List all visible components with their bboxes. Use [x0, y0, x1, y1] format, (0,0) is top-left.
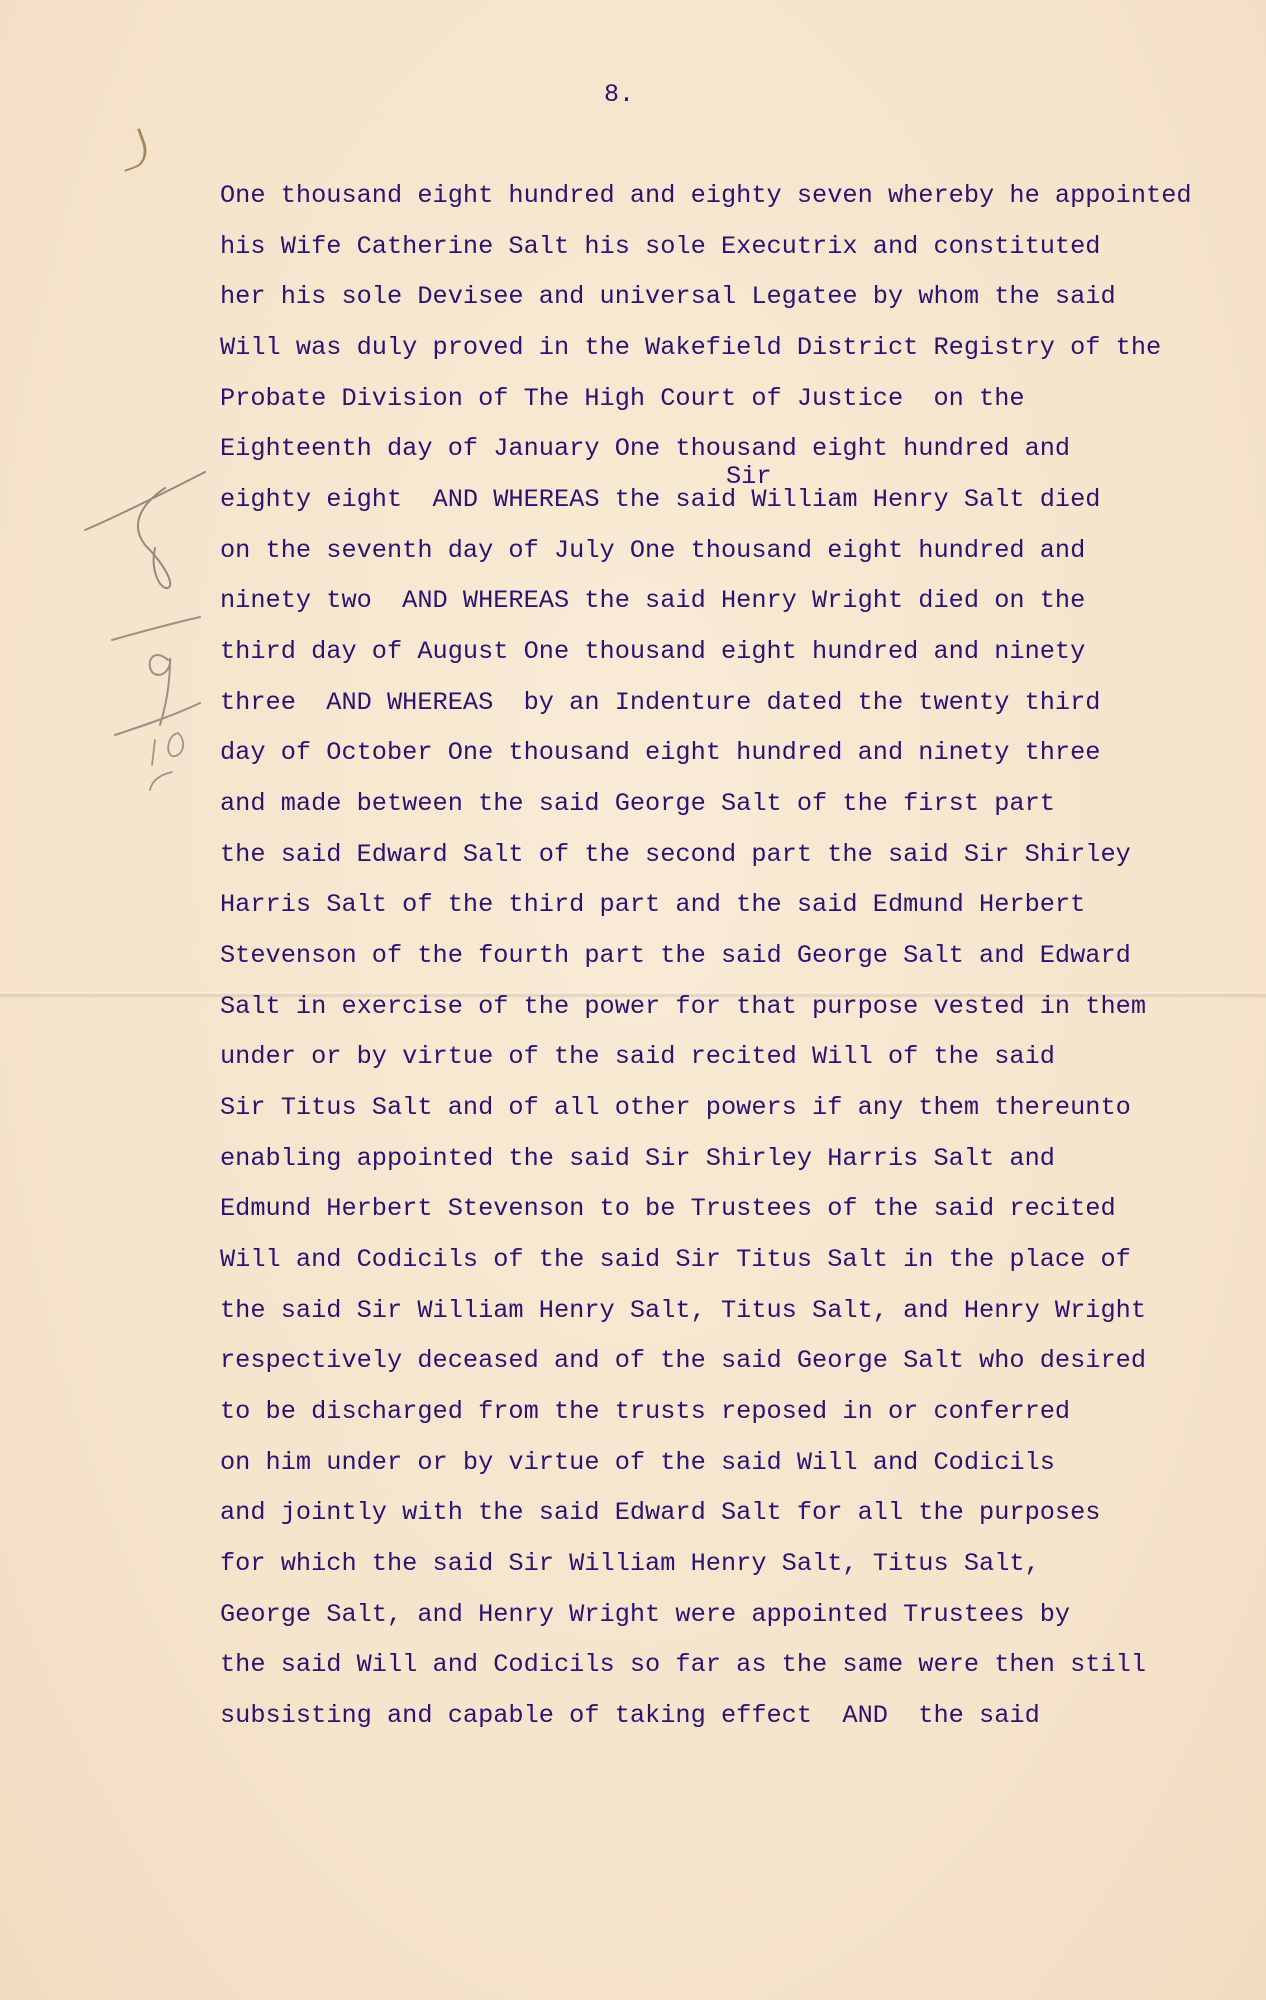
text-line: eighty eight AND WHEREAS the said Willia… [220, 485, 1100, 515]
text-line: George Salt, and Henry Wright were appoi… [220, 1600, 1070, 1630]
text-line: enabling appointed the said Sir Shirley … [220, 1144, 1055, 1174]
text-line: respectively deceased and of the said Ge… [220, 1346, 1146, 1376]
text-line: for which the said Sir William Henry Sal… [220, 1549, 1040, 1579]
text-line: third day of August One thousand eight h… [220, 637, 1085, 667]
text-line: Edmund Herbert Stevenson to be Trustees … [220, 1194, 1116, 1224]
text-line: day of October One thousand eight hundre… [220, 738, 1100, 768]
text-line: Eighteenth day of January One thousand e… [220, 434, 1070, 464]
text-line: the said Edward Salt of the second part … [220, 840, 1131, 870]
text-line: subsisting and capable of taking effect … [220, 1701, 1040, 1731]
text-line: the said Sir William Henry Salt, Titus S… [220, 1296, 1146, 1326]
text-line: One thousand eight hundred and eighty se… [220, 181, 1192, 211]
pencil-annotation-10 [150, 733, 183, 790]
text-line: to be discharged from the trusts reposed… [220, 1397, 1070, 1427]
text-line: Will was duly proved in the Wakefield Di… [220, 333, 1161, 363]
pencil-annotation-9 [112, 617, 200, 735]
text-line: and made between the said George Salt of… [220, 789, 1055, 819]
text-line: under or by virtue of the said recited W… [220, 1042, 1055, 1072]
text-line: Sir Titus Salt and of all other powers i… [220, 1093, 1131, 1123]
text-line: his Wife Catherine Salt his sole Executr… [220, 232, 1100, 262]
text-line: on the seventh day of July One thousand … [220, 536, 1085, 566]
text-line: Probate Division of The High Court of Ju… [220, 384, 1025, 414]
text-line: and jointly with the said Edward Salt fo… [220, 1498, 1100, 1528]
text-line: the said Will and Codicils so far as the… [220, 1650, 1146, 1680]
text-line: ninety two AND WHEREAS the said Henry Wr… [220, 586, 1085, 616]
pencil-annotation-8 [85, 472, 205, 588]
page-number: 8. [604, 80, 634, 109]
text-line: Stevenson of the fourth part the said Ge… [220, 941, 1131, 971]
text-line: three AND WHEREAS by an Indenture dated … [220, 688, 1100, 718]
text-line: Harris Salt of the third part and the sa… [220, 890, 1085, 920]
text-line: Will and Codicils of the said Sir Titus … [220, 1245, 1131, 1275]
text-line: on him under or by virtue of the said Wi… [220, 1448, 1055, 1478]
text-line: her his sole Devisee and universal Legat… [220, 282, 1116, 312]
text-line: Salt in exercise of the power for that p… [220, 992, 1146, 1022]
